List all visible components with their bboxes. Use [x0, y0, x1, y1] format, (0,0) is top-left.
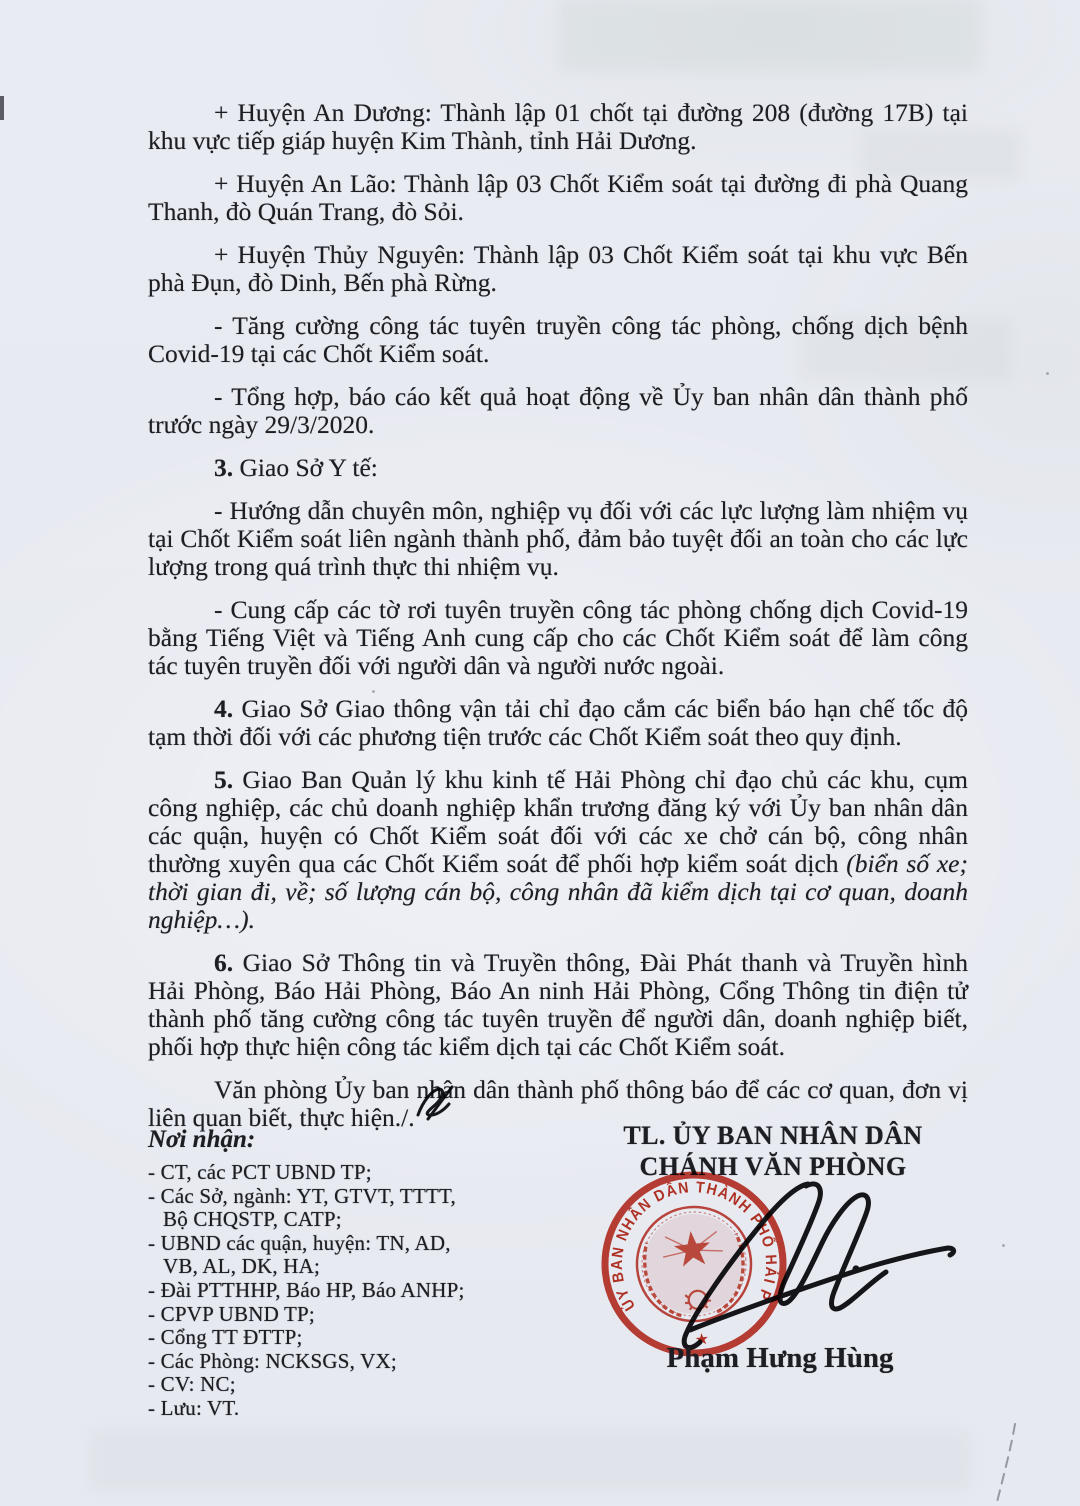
recipients-label: Nơi nhận: [148, 1126, 578, 1154]
paragraph-segment: - Cung cấp các tờ rơi tuyên truyền công … [148, 595, 968, 680]
recipient-line: - Các Phòng: NCKSGS, VX; [148, 1350, 578, 1374]
signature-dot [852, 1265, 859, 1272]
recipient-line: - Các Sở, ngành: YT, GTVT, TTTT, [148, 1185, 578, 1209]
recipient-line: - CPVP UBND TP; [148, 1303, 578, 1327]
document-body: + Huyện An Dương: Thành lập 01 chốt tại … [148, 99, 968, 1147]
paragraph: - Tăng cường công tác tuyên truyền công … [148, 312, 968, 368]
paragraph-segment: Giao Ban Quản lý khu kinh tế Hải Phòng c… [148, 765, 968, 878]
paragraph: - Cung cấp các tờ rơi tuyên truyền công … [148, 596, 968, 680]
recipient-line: Bộ CHQSTP, CATP; [148, 1208, 578, 1232]
handwritten-initial-mark [405, 1078, 475, 1133]
recipient-line: - Đài PTTHHP, Báo HP, Báo ANHP; [148, 1279, 578, 1303]
paragraph-segment: Giao Sở Thông tin và Truyền thông, Đài P… [148, 948, 968, 1061]
scan-edge-mark [0, 96, 4, 120]
recipient-line: - Lưu: VT. [148, 1397, 578, 1421]
paragraph-segment: 5. [214, 765, 233, 794]
paragraph-segment: 6. [214, 948, 233, 977]
dust-speck [1046, 372, 1049, 375]
paragraph: 6. Giao Sở Thông tin và Truyền thông, Đà… [148, 949, 968, 1061]
scanned-document-page: + Huyện An Dương: Thành lập 01 chốt tại … [0, 0, 1080, 1506]
paragraph-segment: 4. [214, 694, 233, 723]
paragraph-segment: + Huyện An Lão: Thành lập 03 Chốt Kiểm s… [148, 169, 968, 226]
pen-slash-mark [985, 1420, 1025, 1506]
paragraph-segment: - Tăng cường công tác tuyên truyền công … [148, 311, 968, 368]
paragraph: - Hướng dẫn chuyên môn, nghiệp vụ đối vớ… [148, 497, 968, 581]
paragraph: + Huyện Thủy Nguyên: Thành lập 03 Chốt K… [148, 241, 968, 297]
scan-artifact [90, 1430, 970, 1490]
signer-name: Phạm Hưng Hùng [620, 1342, 940, 1375]
paragraph: - Tổng hợp, báo cáo kết quả hoạt động về… [148, 383, 968, 439]
recipients-list: - CT, các PCT UBND TP;- Các Sở, ngành: Y… [148, 1161, 578, 1421]
recipient-line: - Cổng TT ĐTTP; [148, 1326, 578, 1350]
dust-speck [1002, 1244, 1005, 1247]
paragraph-segment: - Tổng hợp, báo cáo kết quả hoạt động về… [148, 382, 968, 439]
signature-flourish [600, 1160, 980, 1420]
paragraph-segment: Giao Sở Giao thông vận tải chỉ đạo cắm c… [148, 694, 968, 751]
recipient-line: - CV: NC; [148, 1373, 578, 1397]
paragraph: + Huyện An Dương: Thành lập 01 chốt tại … [148, 99, 968, 155]
recipients-block: Nơi nhận: - CT, các PCT UBND TP;- Các Sở… [148, 1126, 578, 1421]
scan-artifact [560, 0, 980, 70]
recipient-line: VB, AL, DK, HA; [148, 1255, 578, 1279]
paragraph-segment: + Huyện Thủy Nguyên: Thành lập 03 Chốt K… [148, 240, 968, 297]
paragraph-segment: + Huyện An Dương: Thành lập 01 chốt tại … [148, 98, 968, 155]
recipient-line: - UBND các quận, huyện: TN, AD, [148, 1232, 578, 1256]
recipient-line: - CT, các PCT UBND TP; [148, 1161, 578, 1185]
paragraph: 5. Giao Ban Quản lý khu kinh tế Hải Phòn… [148, 766, 968, 934]
paragraph-segment: - Hướng dẫn chuyên môn, nghiệp vụ đối vớ… [148, 496, 968, 581]
paragraph-segment: 3. [214, 453, 233, 482]
authority-line: TL. ỦY BAN NHÂN DÂN [593, 1120, 953, 1151]
paragraph: + Huyện An Lão: Thành lập 03 Chốt Kiểm s… [148, 170, 968, 226]
paragraph-segment: Giao Sở Y tế: [233, 453, 378, 482]
paragraph: 3. Giao Sở Y tế: [148, 454, 968, 482]
paragraph: 4. Giao Sở Giao thông vận tải chỉ đạo cắ… [148, 695, 968, 751]
